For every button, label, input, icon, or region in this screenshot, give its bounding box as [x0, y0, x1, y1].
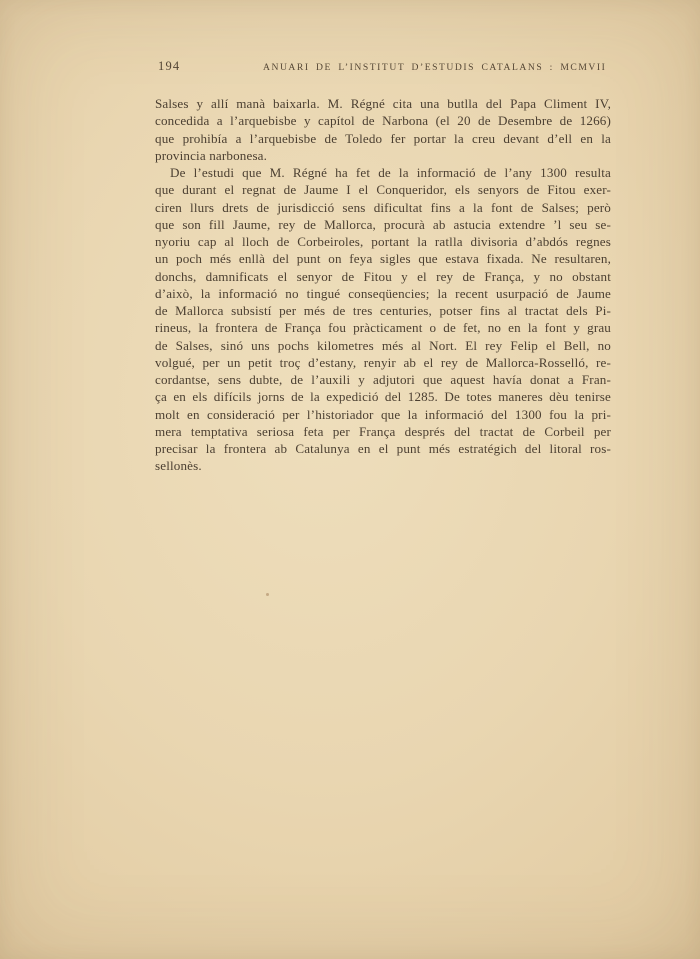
text-line: concedida a l’arquebisbe y capítol de Na… — [155, 112, 611, 129]
text-line: de Salses, sinó uns pochs kilometres més… — [155, 337, 611, 354]
text-line: de Mallorca subsistí per més de tres cen… — [155, 302, 611, 319]
running-header: 194 ANUARI DE L’INSTITUT D’ESTUDIS CATAL… — [0, 59, 700, 77]
page-number: 194 — [158, 59, 180, 74]
running-title: ANUARI DE L’INSTITUT D’ESTUDIS CATALANS … — [263, 62, 606, 73]
text-line: precisar la frontera ab Catalunya en el … — [155, 440, 611, 457]
text-line: que durant el regnat de Jaume I el Conqu… — [155, 181, 611, 198]
text-line: rineus, la frontera de França fou pràcti… — [155, 319, 611, 336]
text-line: mera temptativa seriosa feta per França … — [155, 423, 611, 440]
text-line: volgué, per un petit troç d’estany, reny… — [155, 354, 611, 371]
text-line: que son fill Jaume, rey de Mallorca, pro… — [155, 216, 611, 233]
text-line: sellonès. — [155, 457, 611, 474]
text-line: un poch més enllà del punt on feya sigle… — [155, 250, 611, 267]
paragraph: Salses y allí manà baixarla. M. Régné ci… — [155, 95, 611, 164]
text-line: donchs, damnificats el senyor de Fitou y… — [155, 268, 611, 285]
paper-speck — [266, 593, 269, 596]
paragraph: De l’estudi que M. Régné ha fet de la in… — [155, 164, 611, 475]
text-line: ciren llurs drets de jurisdicció sens di… — [155, 199, 611, 216]
text-line: Salses y allí manà baixarla. M. Régné ci… — [155, 95, 611, 112]
text-line: nyoriu cap al lloch de Corbeiroles, port… — [155, 233, 611, 250]
text-line: cordantse, sens dubte, de l’auxili y adj… — [155, 371, 611, 388]
text-line: provincia narbonesa. — [155, 147, 611, 164]
text-line: De l’estudi que M. Régné ha fet de la in… — [155, 164, 611, 181]
text-block: Salses y allí manà baixarla. M. Régné ci… — [155, 95, 611, 475]
text-line: molt en consideració per l’historiador q… — [155, 406, 611, 423]
text-line: que prohibía a l’arquebisbe de Toledo fe… — [155, 130, 611, 147]
text-line: d’això, la informació no tingué conseqüe… — [155, 285, 611, 302]
text-line: ça en els difícils jorns de la expedició… — [155, 388, 611, 405]
scanned-book-page: 194 ANUARI DE L’INSTITUT D’ESTUDIS CATAL… — [0, 0, 700, 959]
